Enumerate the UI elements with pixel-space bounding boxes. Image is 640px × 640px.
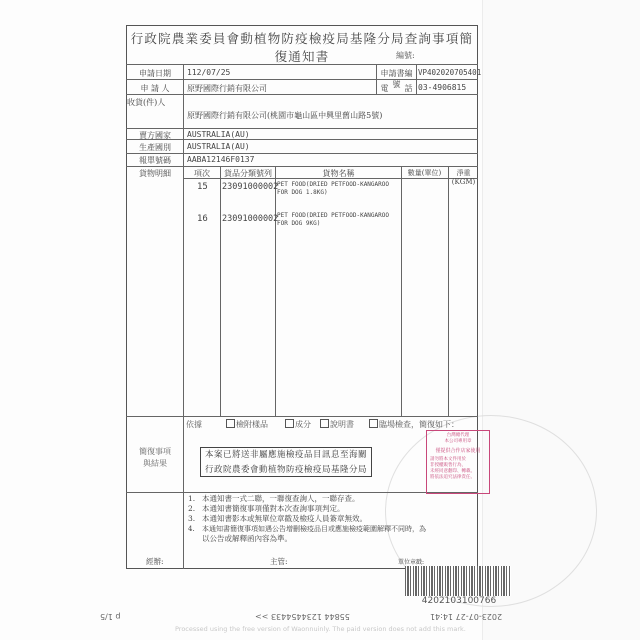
goods-row-name: PET FOOD(DRIED PETFOOD-KANGAROO FOR DOG … (277, 212, 399, 228)
applicant-value: 原野國際行銷有限公司 (187, 83, 267, 94)
unit-stamp-label: 單位章戳: (398, 557, 424, 566)
phone-label: 電 話 (377, 83, 416, 94)
apply-no-value: VP402020705401 (418, 68, 481, 77)
checkbox-manual[interactable]: 說明書 (320, 419, 354, 430)
handler-label: 經辦: (146, 556, 164, 567)
origin-value: AUSTRALIA(AU) (187, 142, 250, 151)
goods-row-item: 16 (197, 214, 208, 224)
apply-date-value: 112/07/25 (187, 68, 230, 77)
phone-value: 03-4906815 (418, 83, 466, 92)
page-indicator: p 1/5 (100, 612, 121, 621)
goods-row-item: 15 (197, 182, 208, 192)
declaration-label: 報單號碼 (128, 155, 182, 166)
watermark-text: Processed using the free version of Waon… (175, 625, 466, 633)
supervisor-label: 主管: (270, 556, 288, 567)
document-title: 行政院農業委員會動植物防疫檢疫局基隆分局查詢事項簡復通知書 (126, 29, 478, 65)
consignee-value: 原野國際行銷有限公司(桃園市龜山區中興里舊山路5號) (187, 110, 382, 121)
fax-header: 55844 123445443З >> (255, 612, 350, 621)
note-item: 以公告或解釋函內容為準。 (188, 534, 426, 544)
goods-row-name: PET FOOD(DRIED PETFOOD-KANGAROO FOR DOG … (277, 181, 399, 197)
goods-label: 貨物明細 (128, 168, 182, 179)
reply-label-2: 與結果 (128, 458, 182, 469)
checkbox-icon (285, 419, 294, 428)
checkbox-icon (226, 419, 235, 428)
official-stamp: 本案已將送非屬應施檢疫品目訊息至海關 行政院農委會動植物防疫檢疫局基隆分局 (200, 447, 372, 477)
note-item: 1.本通知書一式二聯，一聯復查詢人，一聯存查。 (188, 494, 426, 504)
seller-country-value: AUSTRALIA(AU) (187, 130, 250, 139)
serial-label: 編號: (396, 50, 415, 61)
note-item: 4.本通知書簡復事項如遇公告增刪檢疫品目或應施檢疫範圍解釋不同時，為 (188, 524, 426, 534)
applicant-label: 申 請 人 (128, 83, 182, 94)
consignee-label: 收貨(件)人 (127, 97, 181, 108)
goods-row-code: 23091000002 (222, 214, 278, 224)
goods-header-item: 項次 (184, 168, 220, 179)
apply-date-label: 申請日期 (128, 68, 182, 79)
note-item: 3.本通知書影本或無單位章戳及檢疫人員簽章無效。 (188, 514, 426, 524)
reply-label: 簡復事項 (128, 446, 182, 457)
distributor-stamp: 台灣總代理 本公司專用章 僅提供合作店家使用 請勿將本文件用於 非授權販售行為，… (426, 430, 490, 494)
barcode (405, 566, 511, 596)
checkbox-ingredients[interactable]: 成分 (285, 419, 311, 430)
declaration-value: AABA12146F0137 (187, 155, 254, 164)
goods-header-code: 貨品分類號列 (221, 168, 275, 179)
document-page: 行政院農業委員會動植物防疫檢疫局基隆分局查詢事項簡復通知書 編號: 申請日期 1… (0, 0, 640, 640)
fax-timestamp: 2023-07-27 14:41 (430, 612, 502, 621)
checkbox-icon (369, 419, 378, 428)
goods-header-qty: 數量(單位) (401, 168, 448, 178)
checkbox-onsite-inspection[interactable]: 臨場檢查，簡復如下： (369, 419, 459, 430)
checkbox-icon (320, 419, 329, 428)
origin-label: 生產國別 (128, 142, 182, 153)
goods-row-code: 23091000002 (222, 182, 278, 192)
checkbox-samples[interactable]: 檢附樣品 (226, 419, 268, 430)
basis-label: 依據 (186, 419, 202, 430)
seller-country-label: 賣方國家 (128, 130, 182, 141)
note-item: 2.本通知書簡復事項僅對本次查詢事項判定。 (188, 504, 426, 514)
barcode-number: 4202103100766 (404, 596, 514, 606)
goods-header-name: 貨物名稱 (276, 168, 401, 179)
notes-list: 1.本通知書一式二聯，一聯復查詢人，一聯存查。 2.本通知書簡復事項僅對本次查詢… (188, 494, 426, 544)
goods-header-weight: 淨重(KGM) (449, 168, 478, 186)
